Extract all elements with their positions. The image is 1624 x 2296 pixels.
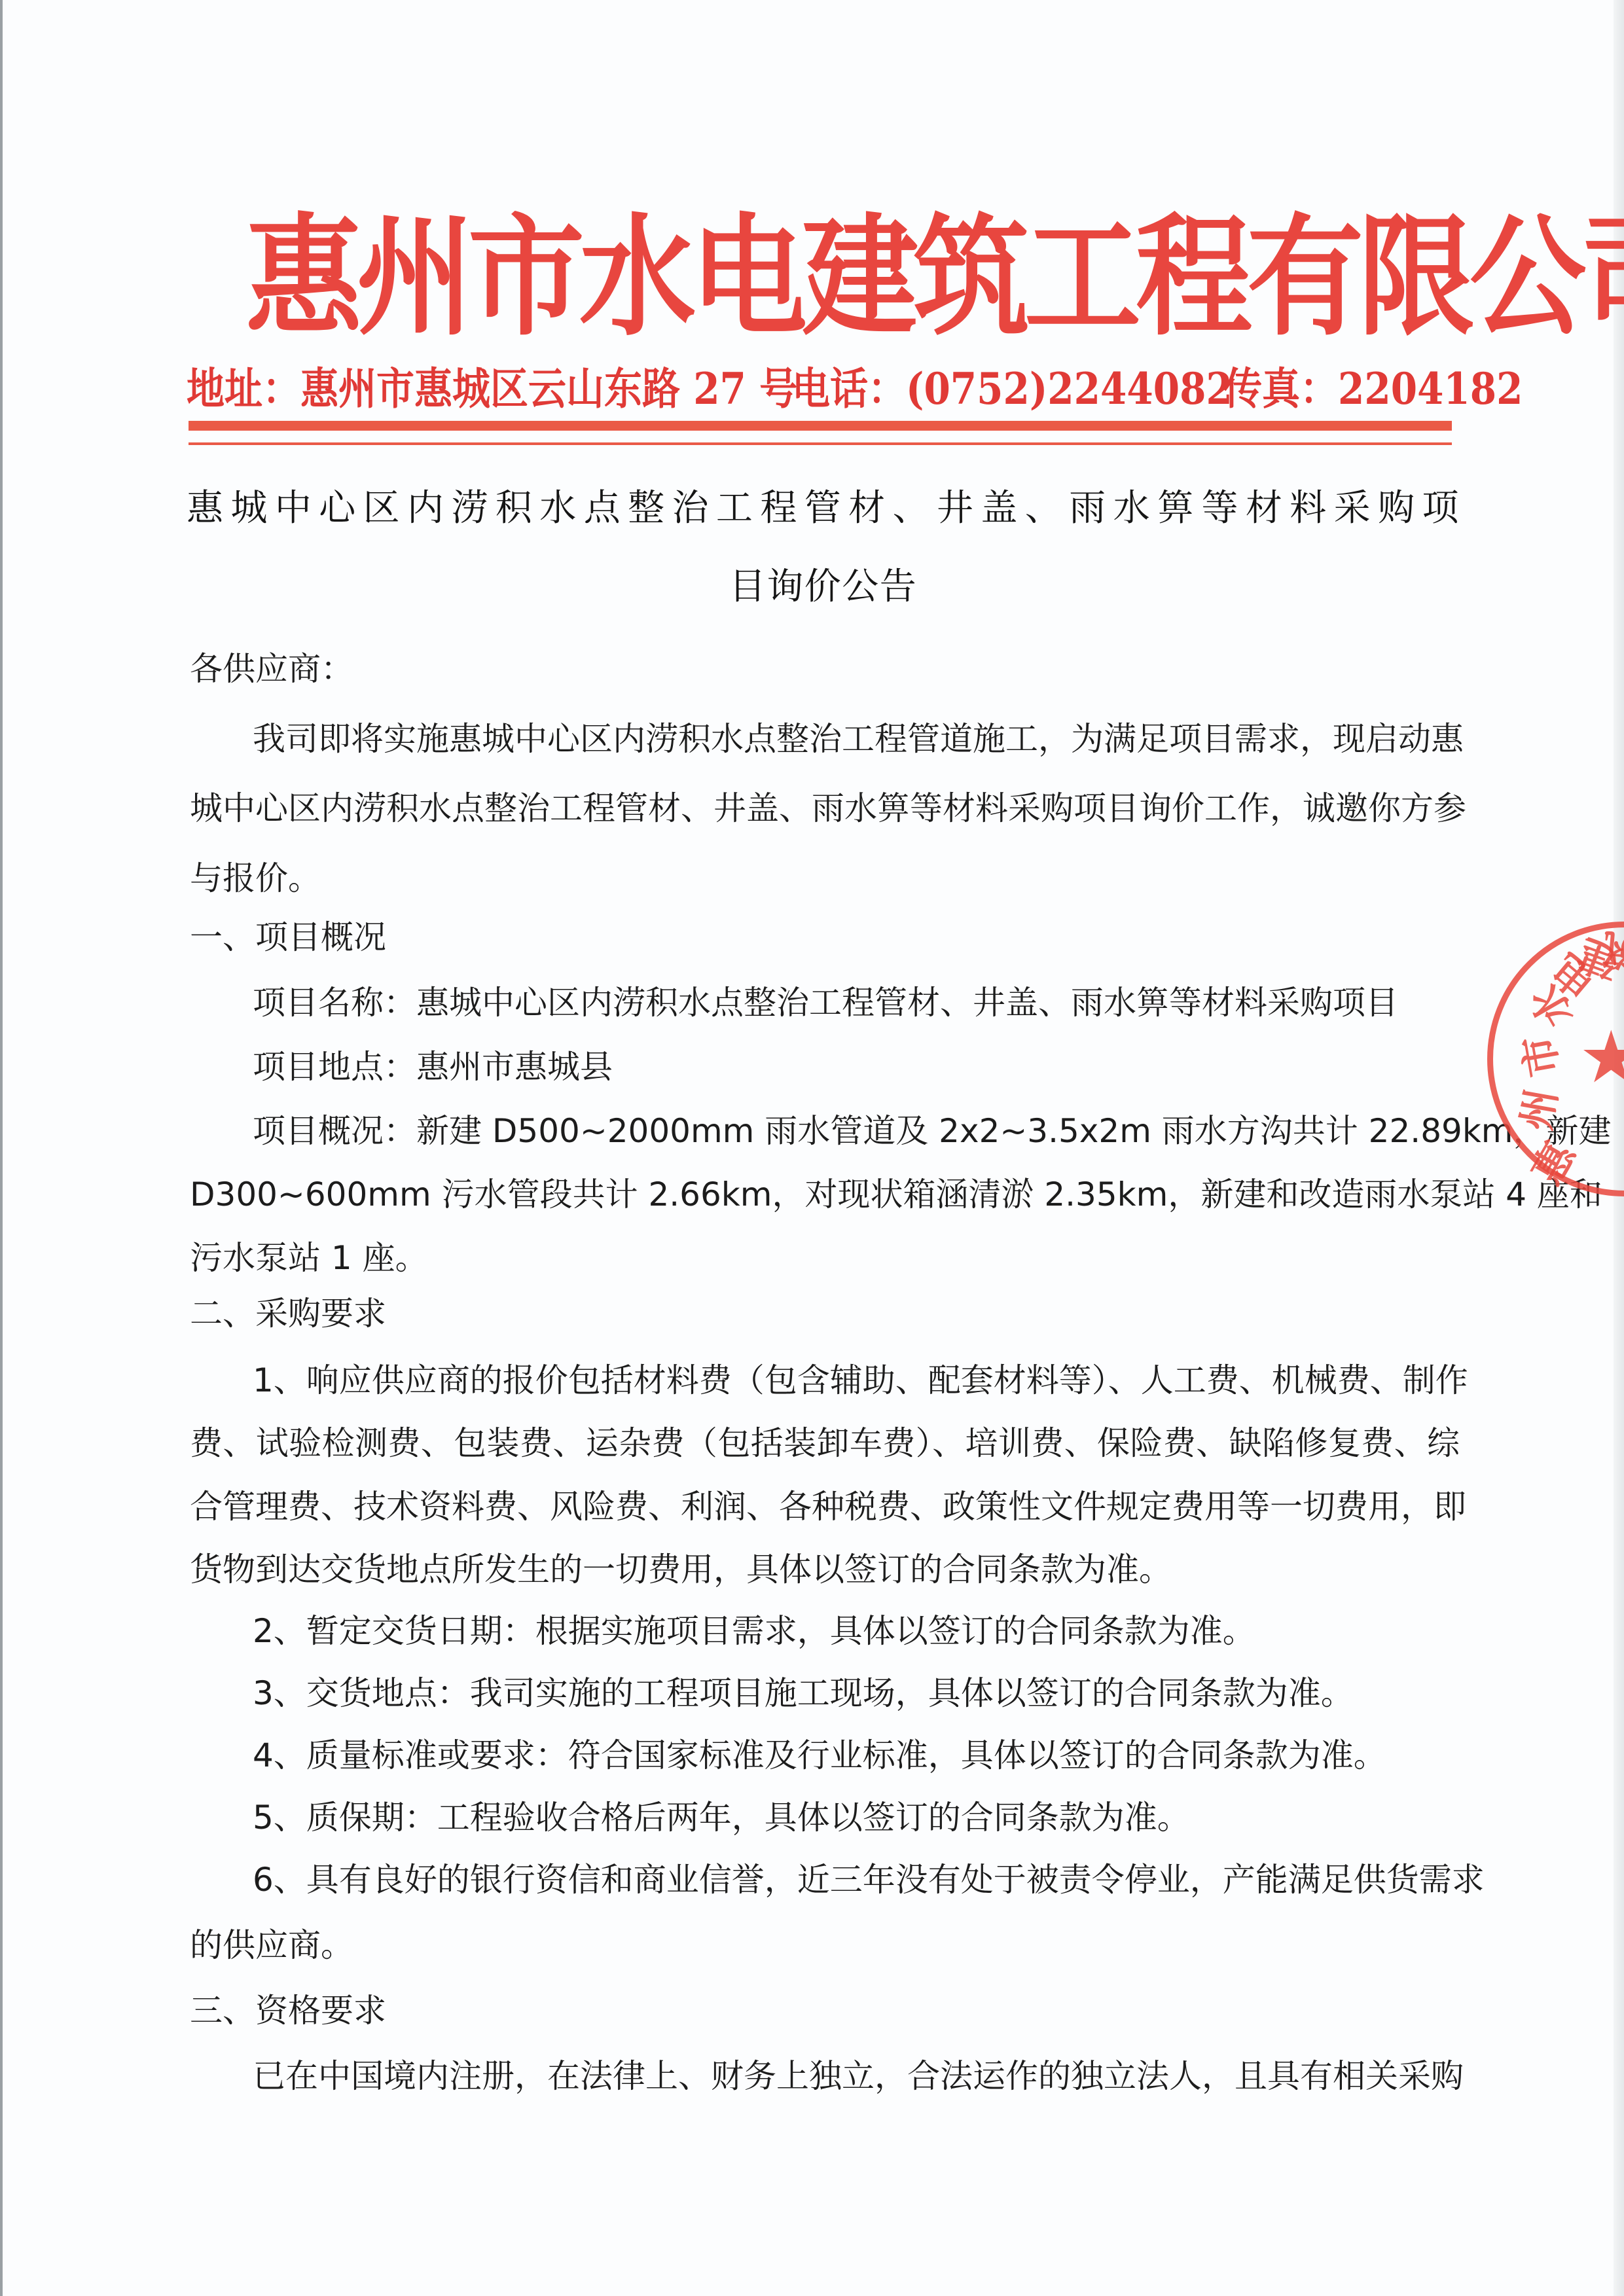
company-name: 惠州市水电建筑工程有限公司 (245, 196, 1391, 357)
project-overview-line-2: D300~600mm 污水管段共计 2.66km，对现状箱涵清淤 2.35km，… (190, 1174, 1460, 1215)
intro-line-1: 我司即将实施惠城中心区内涝积水点整治工程管道施工，为满足项目需求，现启动惠 (253, 718, 1460, 760)
company-fax: 传真：2204182 (1224, 359, 1523, 419)
salutation: 各供应商： (190, 648, 1460, 690)
section-3-heading: 三、资格要求 (190, 1990, 1460, 2032)
seal-char: 筑 (1600, 922, 1624, 984)
seal-star-icon: ★ (1579, 1021, 1624, 1093)
qualification-line-1: 已在中国境内注册，在法律上、财务上独立，合法运作的独立法人，且具有相关采购 (253, 2055, 1460, 2097)
project-overview-line-3: 污水泵站 1 座。 (190, 1237, 1460, 1279)
project-overview-line-1: 项目概况：新建 D500~2000mm 雨水管道及 2x2~3.5x2m 雨水方… (253, 1110, 1460, 1152)
req-3: 3、交货地点：我司实施的工程项目施工现场，具体以签订的合同条款为准。 (253, 1672, 1460, 1714)
company-address: 地址：惠州市惠城区云山东路 27 号 (187, 359, 797, 419)
section-2-heading: 二、采购要求 (190, 1293, 1460, 1335)
req-1-line-1: 1、响应供应商的报价包括材料费（包含辅助、配套材料等）、人工费、机械费、制作 (253, 1359, 1460, 1401)
project-location: 项目地点：惠州市惠城县 (253, 1046, 1460, 1088)
document-title-line-1: 惠城中心区内涝积水点整治工程管材、井盖、雨水箅等材料采购项 (187, 486, 1460, 531)
letterhead-rule-thick (189, 421, 1452, 431)
section-1-heading: 一、项目概况 (190, 916, 1460, 958)
req-1-line-3: 合管理费、技术资料费、风险费、利润、各种税费、政策性文件规定费用等一切费用，即 (190, 1486, 1460, 1528)
req-2: 2、暂定交货日期：根据实施项目需求，具体以签订的合同条款为准。 (253, 1610, 1460, 1652)
letterhead-contact: 地址：惠州市惠城区云山东路 27 号 电话：(0752)2244082 传真：2… (187, 359, 1460, 419)
req-6-line-1: 6、具有良好的银行资信和商业信誉，近三年没有处于被责令停业，产能满足供货需求 (253, 1859, 1460, 1901)
req-5: 5、质保期：工程验收合格后两年，具体以签订的合同条款为准。 (253, 1797, 1460, 1839)
letterhead-rule-thin (189, 442, 1452, 445)
req-1-line-2: 费、试验检测费、包装费、运杂费（包括装卸车费）、培训费、保险费、缺陷修复费、综 (190, 1422, 1460, 1464)
page-edge-left (0, 0, 3, 2296)
req-1-line-4: 货物到达交货地点所发生的一切费用，具体以签订的合同条款为准。 (190, 1549, 1460, 1590)
req-4: 4、质量标准或要求：符合国家标准及行业标准，具体以签订的合同条款为准。 (253, 1734, 1460, 1776)
project-name: 项目名称：惠城中心区内涝积水点整治工程管材、井盖、雨水箅等材料采购项目 (253, 982, 1460, 1024)
intro-line-2: 城中心区内涝积水点整治工程管材、井盖、雨水箅等材料采购项目询价工作，诚邀你方参 (190, 787, 1460, 829)
document-title-line-2: 目询价公告 (187, 564, 1460, 610)
req-6-line-2: 的供应商。 (190, 1924, 1460, 1966)
company-phone: 电话：(0752)2244082 (792, 359, 1233, 419)
intro-line-3: 与报价。 (190, 857, 1460, 899)
